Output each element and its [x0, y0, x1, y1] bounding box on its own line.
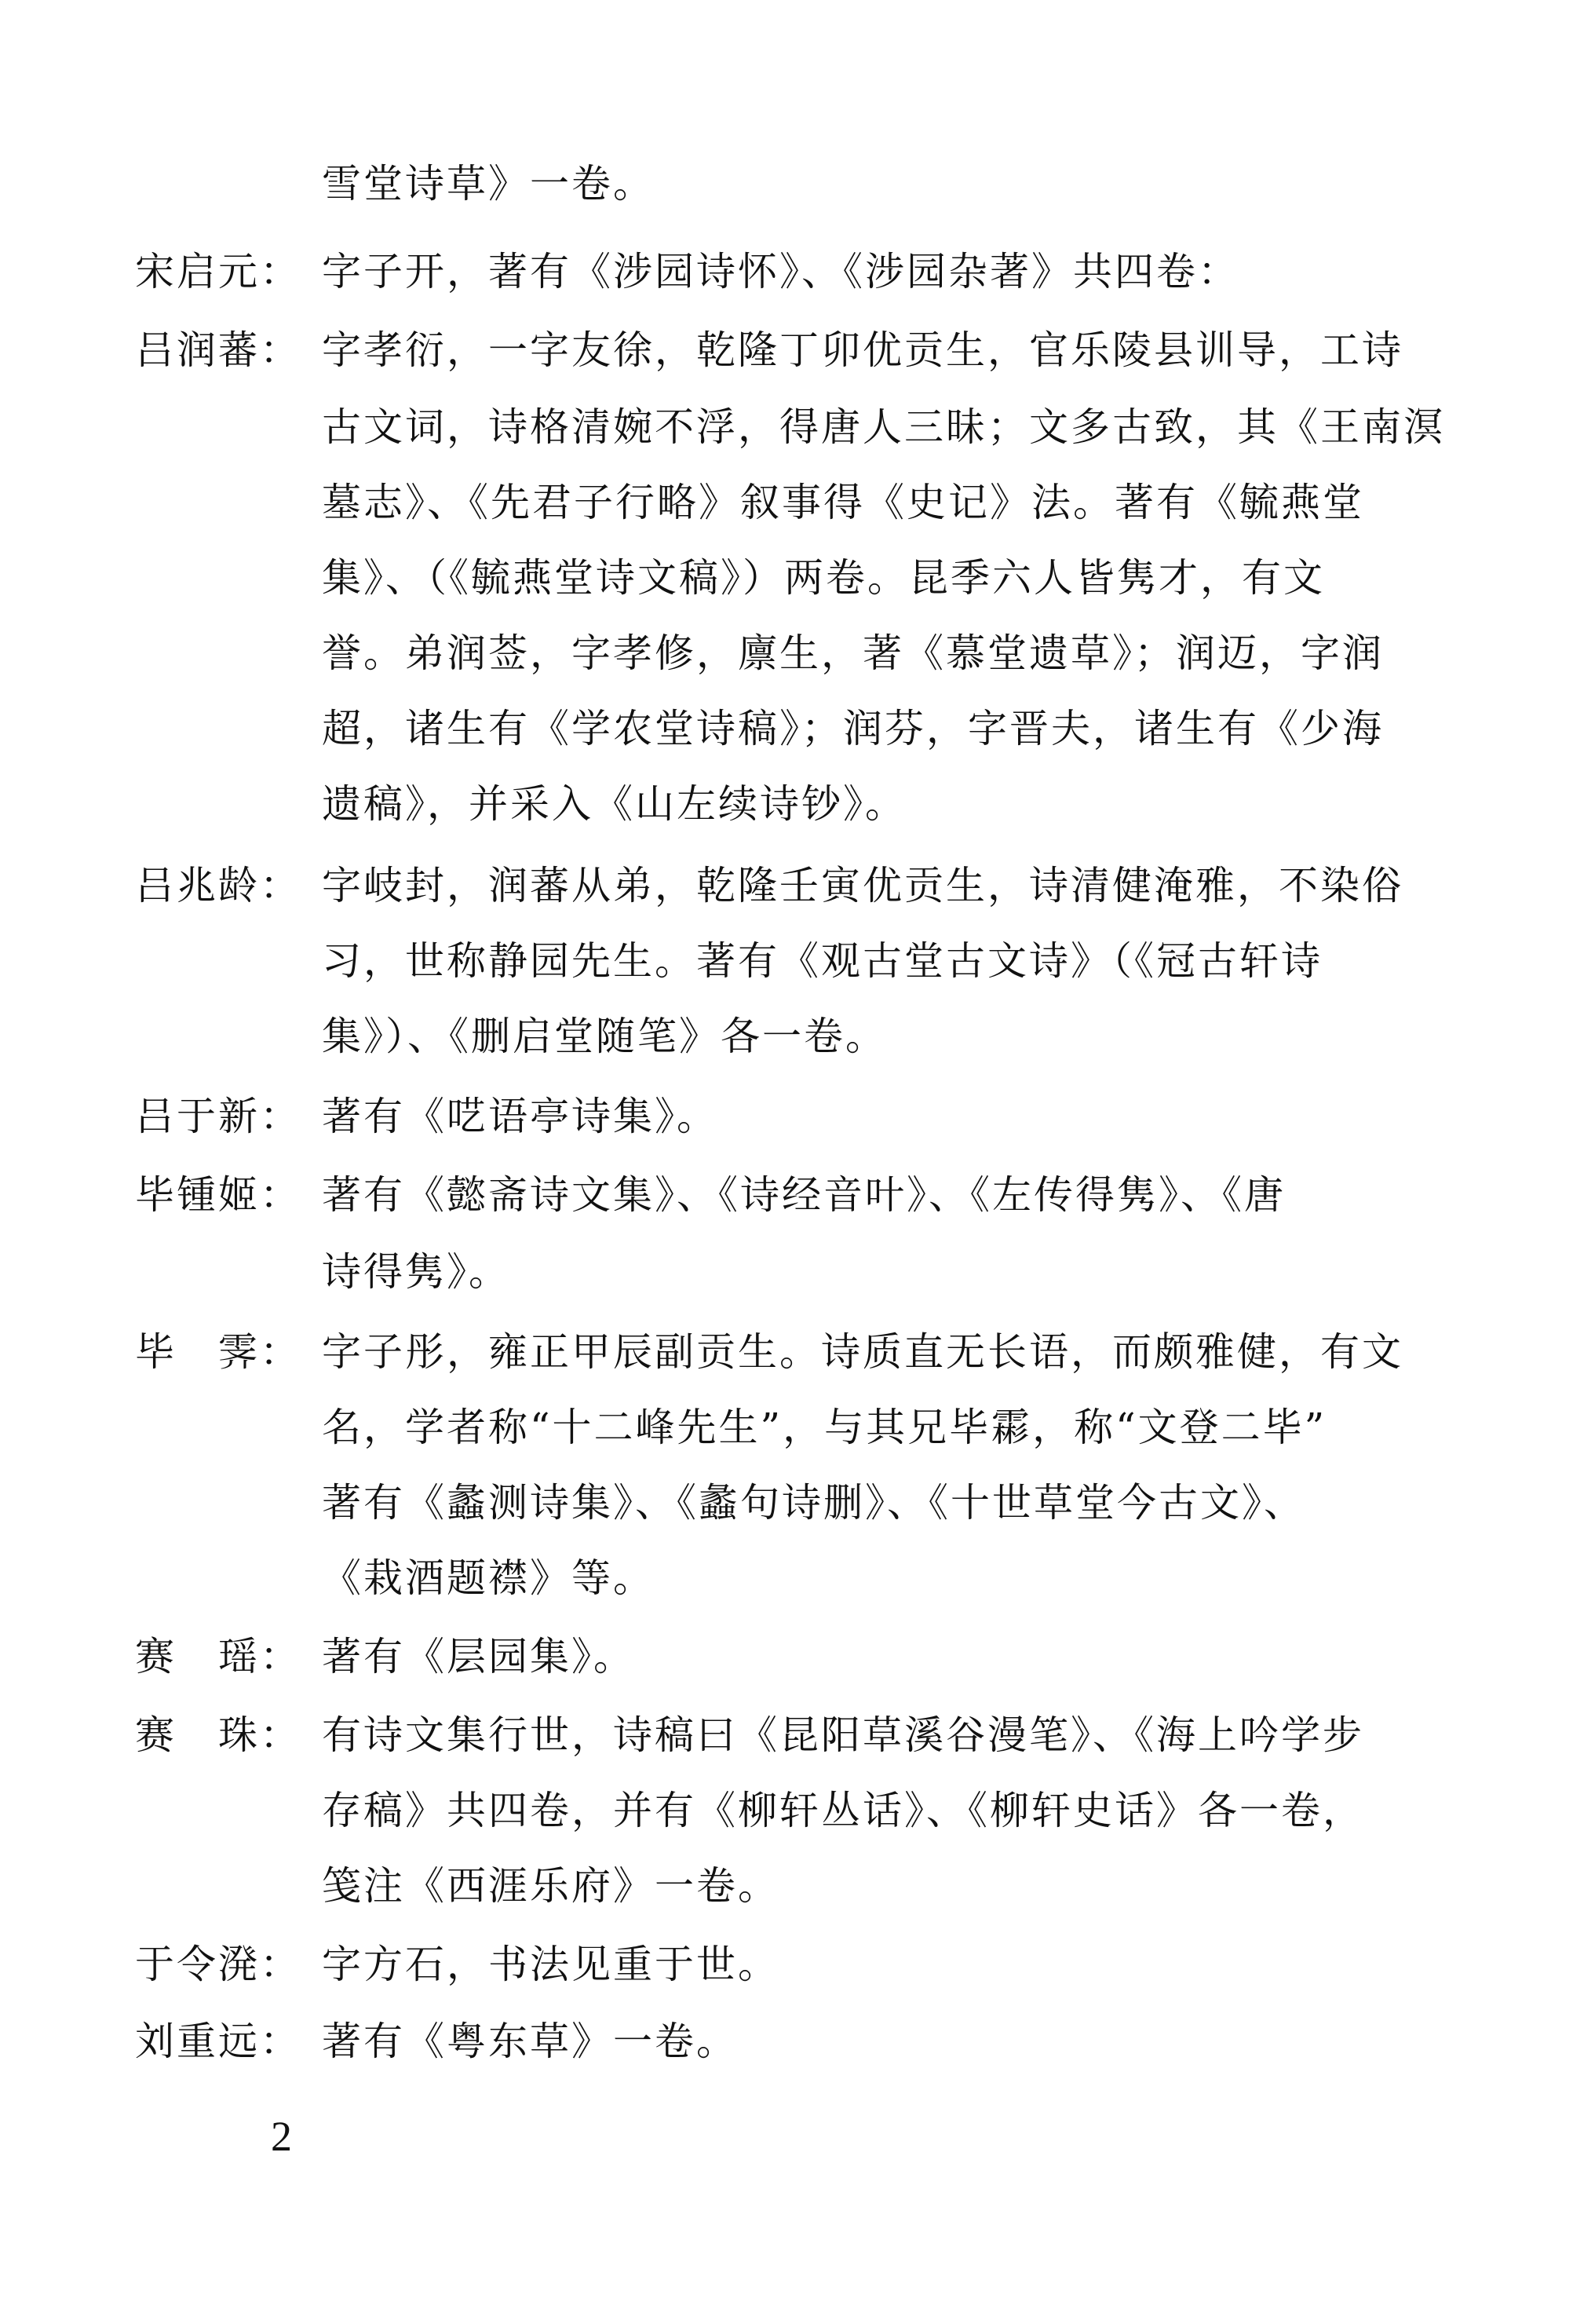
- entry-text: 诗得隽》。: [322, 1234, 510, 1310]
- entry-text: 古文词，诗格清婉不浮，得唐人三昧；文多古致，其《王南溟: [322, 389, 1445, 465]
- entry-text: 笺注《西涯乐府》一卷。: [322, 1848, 779, 1924]
- entry-name: 吕兆龄：: [135, 848, 316, 923]
- entry-text: 著有《呓语亭诗集》。: [322, 1079, 718, 1154]
- entry-text: 超，诸生有《学农堂诗稿》；润芬，字晋夫，诸生有《少海: [322, 691, 1384, 766]
- entry-text: 字子开，著有《涉园诗怀》、《涉园杂著》共四卷：: [322, 234, 1239, 309]
- entry-text: 著有《层园集》。: [322, 1619, 635, 1694]
- entry-name: 吕于新：: [135, 1079, 316, 1154]
- entry-text: 集》）、《删启堂随笔》各一卷。: [322, 999, 887, 1074]
- entry-text: 习，世称静园先生。著有《观古堂古文诗》（《冠古轩诗: [322, 923, 1323, 999]
- entry-text: 著有《懿斋诗文集》、《诗经音叶》、《左传得隽》、《唐: [322, 1157, 1286, 1233]
- entry-text: 存稿》共四卷，并有《柳轩丛话》、《柳轩史话》各一卷，: [322, 1773, 1364, 1848]
- entry-text: 集》、（《毓燕堂诗文稿》）两卷。昆季六人皆隽才，有文: [322, 540, 1325, 616]
- entry-name: 毕 霁：: [135, 1314, 316, 1390]
- entry-text: 遗稿》，并采入《山左续诗钞》。: [322, 766, 907, 842]
- entry-name: 宋启元：: [135, 234, 316, 309]
- entry-text: 字岐封，润蕃从弟，乾隆壬寅优贡生，诗清健淹雅，不染俗: [322, 848, 1403, 923]
- page-number: 2: [271, 2112, 292, 2161]
- entry-text: 誉。弟润莶，字孝修，廪生，著《慕堂遗草》；润迈，字润: [322, 616, 1384, 691]
- entry-text: 著有《蠡测诗集》、《蠡句诗删》、《十世草堂今古文》、: [322, 1465, 1305, 1540]
- entry-text: 字子彤，雍正甲辰副贡生。诗质直无长语，而颇雅健，有文: [322, 1314, 1403, 1390]
- entry-text: 雪堂诗草》一卷。: [322, 146, 655, 221]
- entry-text: 字方石，书法见重于世。: [322, 1927, 779, 2002]
- entry-text: 墓志》、《先君子行略》叙事得《史记》法。著有《毓燕堂: [322, 465, 1364, 540]
- entry-name: 刘重远：: [135, 2004, 316, 2079]
- entry-text: 名，学者称“十二峰先生”，与其兄毕霦，称“文登二毕”: [322, 1390, 1327, 1465]
- entry-name: 毕锺姬：: [135, 1157, 316, 1233]
- entry-text: 著有《粤东草》一卷。: [322, 2004, 738, 2079]
- document-page: 雪堂诗草》一卷。 宋启元： 字子开，著有《涉园诗怀》、《涉园杂著》共四卷： 吕润…: [0, 0, 1573, 2324]
- entry-name: 赛 珠：: [135, 1697, 316, 1773]
- entry-name: 吕润蕃：: [135, 312, 316, 388]
- entry-text: 有诗文集行世，诗稿曰《昆阳草溪谷漫笔》、《海上吟学步: [322, 1697, 1364, 1773]
- entry-text: 字孝衍，一字友徐，乾隆丁卯优贡生，官乐陵县训导，工诗: [322, 312, 1403, 388]
- entry-name: 于令溌：: [135, 1927, 316, 2002]
- entry-name: 赛 瑶：: [135, 1619, 316, 1694]
- entry-text: 《栽酒题襟》等。: [322, 1540, 655, 1616]
